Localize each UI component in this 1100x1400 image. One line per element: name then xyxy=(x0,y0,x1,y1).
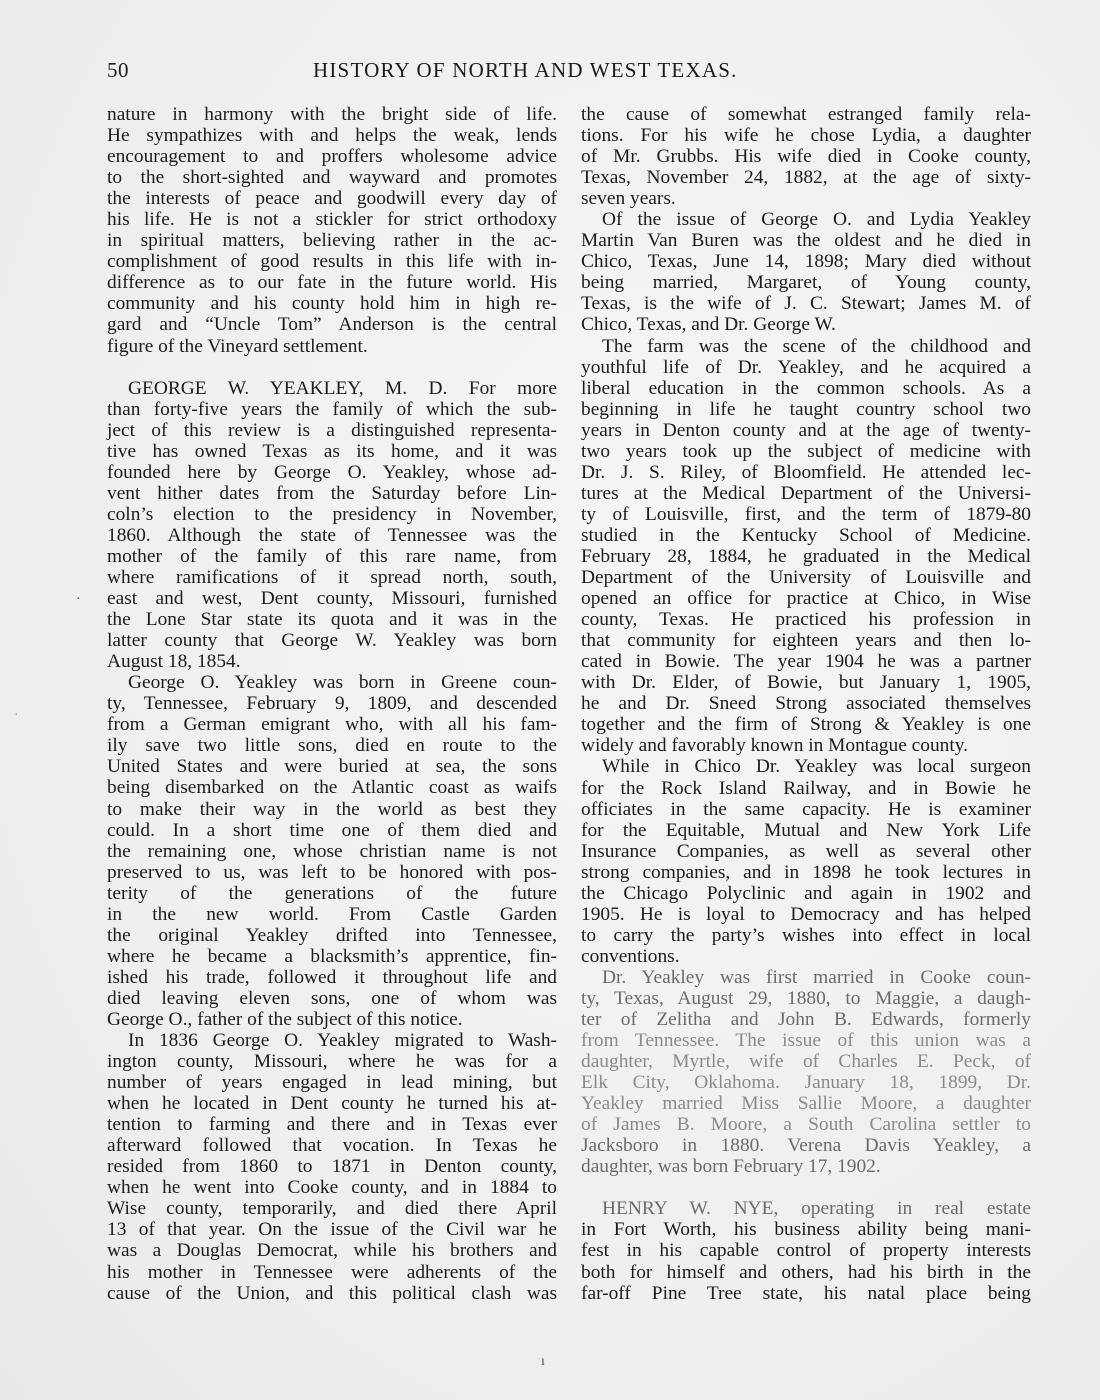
text-line: his mother in Tennessee were adherents o… xyxy=(107,1262,557,1283)
text-line: strong companies, and in 1898 he took le… xyxy=(581,862,1031,883)
text-line: that community for eighteen years and th… xyxy=(581,630,1031,651)
text-line: officiates in the same capacity. He is e… xyxy=(581,799,1031,820)
text-line: where he became a blacksmith’s apprentic… xyxy=(107,946,557,967)
text-line: beginning in life he taught country scho… xyxy=(581,399,1031,420)
text-line: George O., father of the subject of this… xyxy=(107,1009,557,1030)
text-line: in Fort Worth, his business ability bein… xyxy=(581,1219,1031,1240)
text-line: figure of the Vineyard settlement. xyxy=(107,336,557,357)
text-line: tures at the Medical Department of the U… xyxy=(581,483,1031,504)
text-line: widely and favorably known in Montague c… xyxy=(581,735,1031,756)
text-line: Yeakley married Miss Sallie Moore, a dau… xyxy=(581,1093,1031,1114)
text-line: youthful life of Dr. Yeakley, and he acq… xyxy=(581,357,1031,378)
text-line: in spiritual matters, believing rather i… xyxy=(107,230,557,251)
text-line: Department of the University of Louisvil… xyxy=(581,567,1031,588)
text-line: opened an office for practice at Chico, … xyxy=(581,588,1031,609)
text-line: the remaining one, whose christian name … xyxy=(107,841,557,862)
text-line: Jacksboro in 1880. Verena Davis Yeakley,… xyxy=(581,1135,1031,1156)
text-line: He sympathizes with and helps the weak, … xyxy=(107,125,557,146)
text-line: 1905. He is loyal to Democracy and has h… xyxy=(581,904,1031,925)
text-line: than forty-five years the family of whic… xyxy=(107,399,557,420)
text-line: conventions. xyxy=(581,946,1031,967)
text-line: daughter, Myrtle, wife of Charles E. Pec… xyxy=(581,1051,1031,1072)
paper-speck: · xyxy=(76,592,81,608)
text-line: Martin Van Buren was the oldest and he d… xyxy=(581,230,1031,251)
text-line: ington county, Missouri, where he was fo… xyxy=(107,1051,557,1072)
text-line: Wise county, temporarily, and died there… xyxy=(107,1198,557,1219)
text-line: vent hither dates from the Saturday befo… xyxy=(107,483,557,504)
text-line: ished his trade, followed it throughout … xyxy=(107,967,557,988)
text-line: Texas, November 24, 1882, at the age of … xyxy=(581,167,1031,188)
text-line: preserved to us, was left to be honored … xyxy=(107,862,557,883)
text-line: being disembarked on the Atlantic coast … xyxy=(107,777,557,798)
text-line: ily save two little sons, died en route … xyxy=(107,735,557,756)
text-line: for the Equitable, Mutual and New York L… xyxy=(581,820,1031,841)
text-line: ty of Louisville, first, and the term of… xyxy=(581,504,1031,525)
text-line: of James B. Moore, a South Carolina sett… xyxy=(581,1114,1031,1135)
running-title: HISTORY OF NORTH AND WEST TEXAS. xyxy=(313,58,738,83)
text-line: when he went into Cooke county, and in 1… xyxy=(107,1177,557,1198)
text-line: HENRY W. NYE, operating in real estate xyxy=(581,1198,1031,1219)
text-line: GEORGE W. YEAKLEY, M. D. For more xyxy=(107,378,557,399)
text-line: Elk City, Oklahoma. January 18, 1899, Dr… xyxy=(581,1072,1031,1093)
text-line: fest in his capable control of property … xyxy=(581,1240,1031,1261)
text-line: ty, Tennessee, February 9, 1809, and des… xyxy=(107,693,557,714)
paragraph-gap xyxy=(581,1177,1031,1198)
text-line: to make their way in the world as best t… xyxy=(107,799,557,820)
page-number: 50 xyxy=(107,58,129,83)
text-line: far-off Pine Tree state, his natal place… xyxy=(581,1283,1031,1304)
text-line: his life. He is not a stickler for stric… xyxy=(107,209,557,230)
text-line: being married, Margaret, of Young county… xyxy=(581,272,1031,293)
text-line: for the Rock Island Railway, and in Bowi… xyxy=(581,778,1031,799)
text-line: in the new world. From Castle Garden xyxy=(107,904,557,925)
text-line: liberal education in the common schools.… xyxy=(581,378,1031,399)
text-line: resided from 1860 to 1871 in Denton coun… xyxy=(107,1156,557,1177)
scanned-page: 50 HISTORY OF NORTH AND WEST TEXAS. natu… xyxy=(0,0,1100,1400)
text-line: daughter, was born February 17, 1902. xyxy=(581,1156,1031,1177)
text-line: gard and “Uncle Tom” Anderson is the cen… xyxy=(107,314,557,335)
text-line: when he located in Dent county he turned… xyxy=(107,1093,557,1114)
text-line: Dr. Yeakley was first married in Cooke c… xyxy=(581,967,1031,988)
text-line: cause of the Union, and this political c… xyxy=(107,1283,557,1304)
text-line: August 18, 1854. xyxy=(107,651,557,672)
text-line: Dr. J. S. Riley, of Bloomfield. He atten… xyxy=(581,462,1031,483)
text-line: terity of the generations of the future xyxy=(107,883,557,904)
text-line: encouragement to and proffers wholesome … xyxy=(107,146,557,167)
text-line: latter county that George W. Yeakley was… xyxy=(107,630,557,651)
text-line: ter of Zelitha and John B. Edwards, form… xyxy=(581,1009,1031,1030)
text-line: ject of this review is a distinguished r… xyxy=(107,420,557,441)
text-line: difference as to our fate in the future … xyxy=(107,272,557,293)
text-line: George O. Yeakley was born in Greene cou… xyxy=(107,672,557,693)
page-header: 50 HISTORY OF NORTH AND WEST TEXAS. xyxy=(0,58,1100,88)
text-line: United States and were buried at sea, th… xyxy=(107,756,557,777)
text-line: to the short-sighted and wayward and pro… xyxy=(107,167,557,188)
text-line: 13 of that year. On the issue of the Civ… xyxy=(107,1219,557,1240)
text-line: ty, Texas, August 29, 1880, to Maggie, a… xyxy=(581,988,1031,1009)
text-line: the interests of peace and goodwill ever… xyxy=(107,188,557,209)
text-line: two years took up the subject of medicin… xyxy=(581,441,1031,462)
text-line: mother of the family of this rare name, … xyxy=(107,546,557,567)
text-line: where ramifications of it spread north, … xyxy=(107,567,557,588)
text-line: studied in the Kentucky School of Medici… xyxy=(581,525,1031,546)
text-line: from Tennessee. The issue of this union … xyxy=(581,1030,1031,1051)
text-line: east and west, Dent county, Missouri, fu… xyxy=(107,588,557,609)
text-line: died leaving eleven sons, one of whom wa… xyxy=(107,988,557,1009)
text-line: Insurance Companies, as well as several … xyxy=(581,841,1031,862)
text-line: coln’s election to the presidency in Nov… xyxy=(107,504,557,525)
text-line: could. In a short time one of them died … xyxy=(107,820,557,841)
text-line: the Lone Star state its quota and it was… xyxy=(107,609,557,630)
text-line: he and Dr. Sneed Strong associated thems… xyxy=(581,693,1031,714)
text-line: the Chicago Polyclinic and again in 1902… xyxy=(581,883,1031,904)
text-line: seven years. xyxy=(581,188,1031,209)
text-line: 1860. Although the state of Tennessee wa… xyxy=(107,525,557,546)
text-line: county, Texas. He practiced his professi… xyxy=(581,609,1031,630)
text-line: of Mr. Grubbs. His wife died in Cooke co… xyxy=(581,146,1031,167)
text-line: The farm was the scene of the childhood … xyxy=(581,336,1031,357)
text-line: years in Denton county and at the age of… xyxy=(581,420,1031,441)
text-line: tions. For his wife he chose Lydia, a da… xyxy=(581,125,1031,146)
text-line: Texas, is the wife of J. C. Stewart; Jam… xyxy=(581,293,1031,314)
text-line: tive has owned Texas as its home, and it… xyxy=(107,441,557,462)
text-line: February 28, 1884, he graduated in the M… xyxy=(581,546,1031,567)
text-line: afterward followed that vocation. In Tex… xyxy=(107,1135,557,1156)
text-line: community and his county hold him in hig… xyxy=(107,293,557,314)
text-line: tention to farming and there and in Texa… xyxy=(107,1114,557,1135)
text-line: In 1836 George O. Yeakley migrated to Wa… xyxy=(107,1030,557,1051)
paper-speck: · xyxy=(14,708,19,724)
text-line: was a Douglas Democrat, while his brothe… xyxy=(107,1240,557,1261)
text-line: Chico, Texas, and Dr. George W. xyxy=(581,314,1031,335)
text-line: together and the firm of Strong & Yeakle… xyxy=(581,714,1031,735)
text-line: number of years engaged in lead mining, … xyxy=(107,1072,557,1093)
text-line: nature in harmony with the bright side o… xyxy=(107,104,557,125)
text-line: with Dr. Elder, of Bowie, but January 1,… xyxy=(581,672,1031,693)
text-line: the cause of somewhat estranged family r… xyxy=(581,104,1031,125)
text-line: both for himself and others, had his bir… xyxy=(581,1262,1031,1283)
text-line: founded here by George O. Yeakley, whose… xyxy=(107,462,557,483)
left-column: nature in harmony with the bright side o… xyxy=(107,104,557,1304)
text-line: the original Yeakley drifted into Tennes… xyxy=(107,925,557,946)
text-line: complishment of good results in this lif… xyxy=(107,251,557,272)
text-line: While in Chico Dr. Yeakley was local sur… xyxy=(581,756,1031,777)
right-column: the cause of somewhat estranged family r… xyxy=(581,104,1031,1304)
text-line: to carry the party’s wishes into effect … xyxy=(581,925,1031,946)
text-line: Of the issue of George O. and Lydia Yeak… xyxy=(581,209,1031,230)
text-line: from a German emigrant who, with all his… xyxy=(107,714,557,735)
paragraph-gap xyxy=(107,357,557,378)
paper-speck: ı xyxy=(541,1354,545,1370)
text-line: Chico, Texas, June 14, 1898; Mary died w… xyxy=(581,251,1031,272)
text-line: cated in Bowie. The year 1904 he was a p… xyxy=(581,651,1031,672)
